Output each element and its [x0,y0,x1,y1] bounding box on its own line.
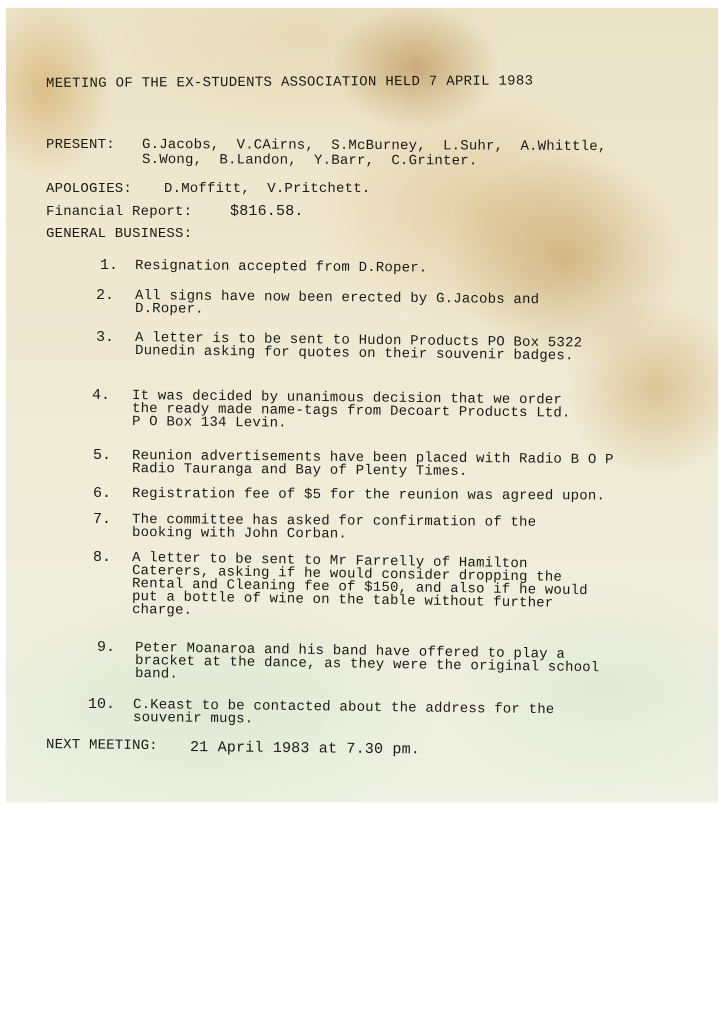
item-text-line: souvenir mugs. [133,711,254,726]
item-number: 6. [93,486,111,501]
item-number: 10. [88,697,115,712]
item-text-line: P O Box 134 Levin. [132,415,287,431]
document-title: MEETING OF THE EX-STUDENTS ASSOCIATION H… [46,74,533,91]
financial-report-label: Financial Report: [46,205,192,219]
item-text-line: Registration fee of $5 for the reunion w… [132,487,605,503]
general-business-label: GENERAL BUSINESS: [46,227,192,241]
item-number: 3. [96,330,114,345]
item-text-line: band. [135,667,178,682]
next-meeting-value: 21 April 1983 at 7.30 pm. [190,741,420,757]
apologies-label: APOLOGIES: [46,182,132,196]
item-number: 1. [100,258,118,273]
apologies-names: D.Moffitt, V.Pritchett. [164,182,370,196]
item-text-line: D.Roper. [135,302,204,317]
present-label: PRESENT: [46,138,115,152]
item-text-line: charge. [132,603,192,618]
item-number: 8. [93,550,111,565]
item-number: 2. [96,288,114,303]
item-number: 7. [93,512,111,527]
item-number: 4. [92,388,110,403]
item-number: 9. [97,640,115,655]
item-text-line: Radio Tauranga and Bay of Plenty Times. [132,462,468,479]
item-number: 5. [93,448,111,463]
item-text-line: Resignation accepted from D.Roper. [135,259,428,276]
next-meeting-label: NEXT MEETING: [46,738,158,753]
present-names-line-2: S.Wong, B.Landon, Y.Barr, C.Grinter. [142,153,478,168]
financial-report-value: $816.58. [230,205,304,219]
item-text-line: booking with John Corban. [132,526,347,542]
